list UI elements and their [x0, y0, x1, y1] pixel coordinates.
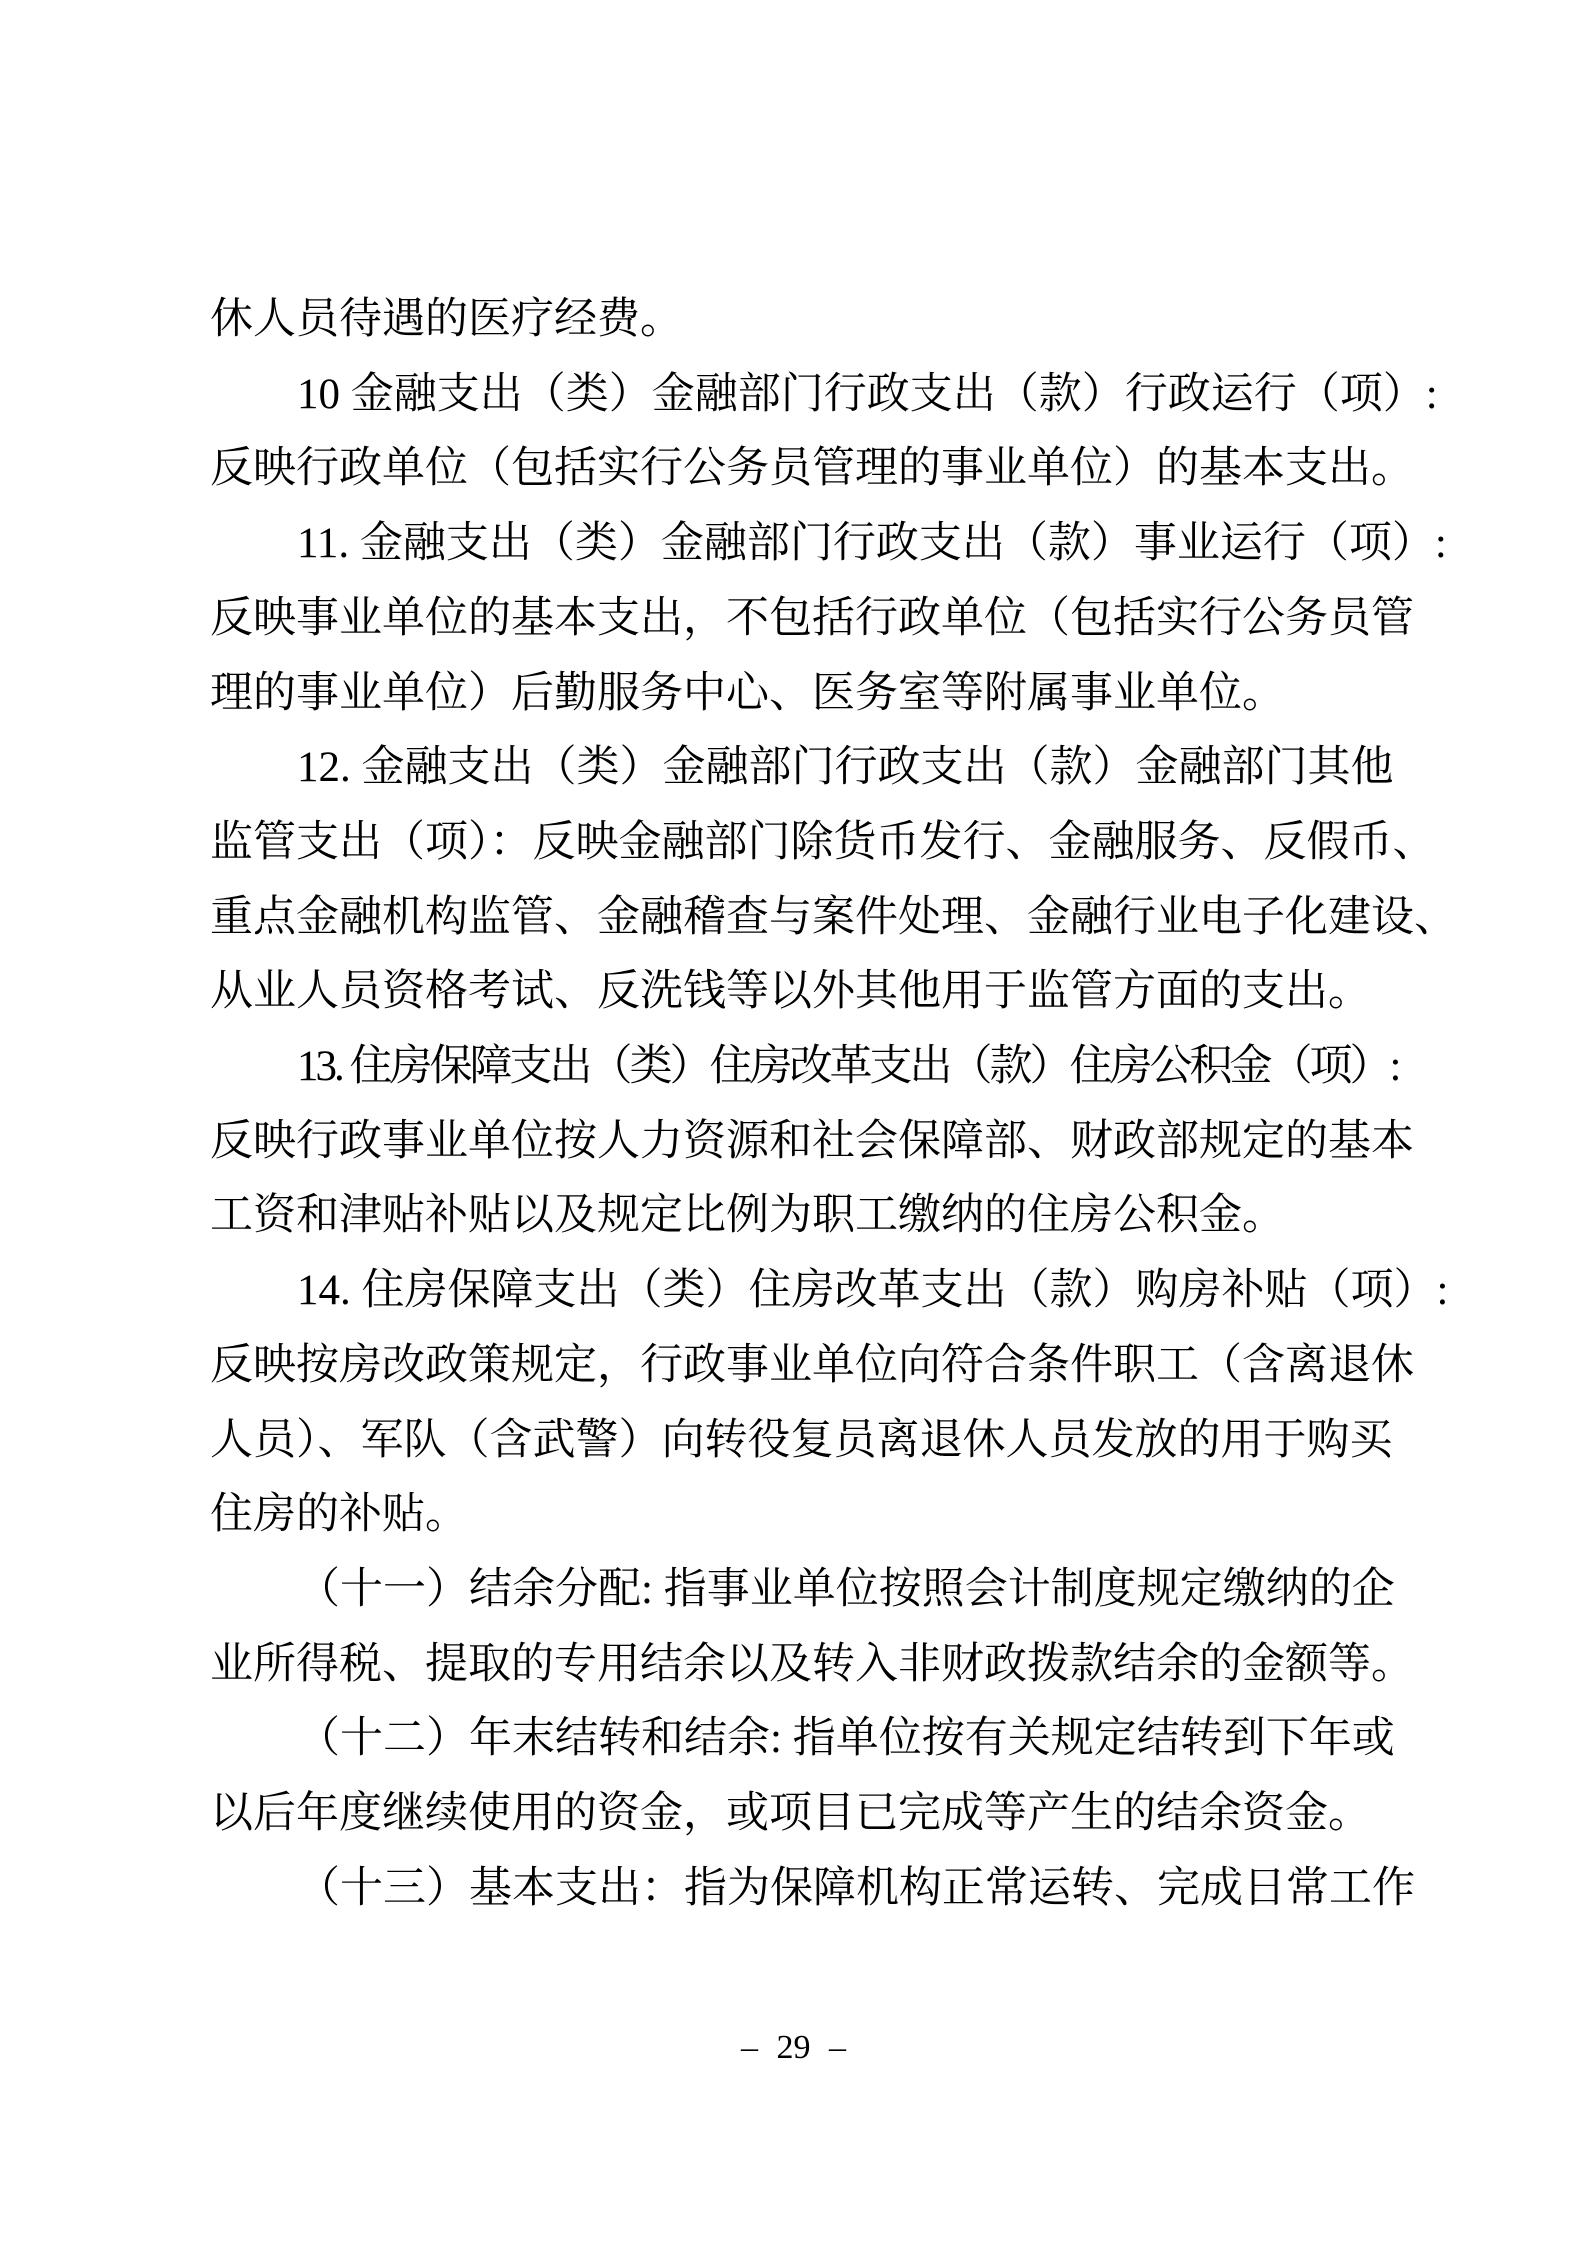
text-line: 以后年度继续使用的资金，或项目已完成等产生的结余资金。 — [210, 1777, 1462, 1852]
text-line: 10 金融支出（类）金融部门行政支出（款）行政运行（项）: — [210, 358, 1462, 433]
text-line: 反映按房改政策规定，行政事业单位向符合条件职工（含离退休 — [210, 1329, 1462, 1404]
text-line: 休人员待遇的医疗经费。 — [210, 283, 1462, 358]
text-line: 业所得税、提取的专用结余以及转入非财政拨款结余的金额等。 — [210, 1628, 1462, 1703]
text-line: 工资和津贴补贴以及规定比例为职工缴纳的住房公积金。 — [210, 1179, 1462, 1254]
document-page: 休人员待遇的医疗经费。10 金融支出（类）金融部门行政支出（款）行政运行（项）:… — [0, 0, 1587, 2245]
text-line: 从业人员资格考试、反洗钱等以外其他用于监管方面的支出。 — [210, 955, 1462, 1030]
text-line: （十三）基本支出：指为保障机构正常运转、完成日常工作 — [210, 1852, 1462, 1927]
text-line: 14. 住房保障支出（类）住房改革支出（款）购房补贴（项）: — [210, 1254, 1462, 1329]
page-number: – 29 – — [0, 2028, 1587, 2068]
text-line: 重点金融机构监管、金融稽查与案件处理、金融行业电子化建设、 — [210, 881, 1462, 956]
text-line: 理的事业单位）后勤服务中心、医务室等附属事业单位。 — [210, 657, 1462, 732]
text-line: 住房的补贴。 — [210, 1478, 1462, 1553]
text-line: （十二）年末结转和结余: 指单位按有关规定结转到下年或 — [210, 1702, 1462, 1777]
text-line: 人员）、军队（含武警）向转役复员离退休人员发放的用于购买 — [210, 1404, 1462, 1479]
text-line: 反映行政事业单位按人力资源和社会保障部、财政部规定的基本 — [210, 1105, 1462, 1180]
text-line: 12. 金融支出（类）金融部门行政支出（款）金融部门其他 — [210, 731, 1462, 806]
text-line: （十一）结余分配: 指事业单位按照会计制度规定缴纳的企 — [210, 1553, 1462, 1628]
text-line: 反映行政单位（包括实行公务员管理的事业单位）的基本支出。 — [210, 432, 1462, 507]
text-line: 反映事业单位的基本支出，不包括行政单位（包括实行公务员管 — [210, 582, 1462, 657]
document-text: 休人员待遇的医疗经费。10 金融支出（类）金融部门行政支出（款）行政运行（项）:… — [210, 283, 1462, 1926]
text-line: 监管支出（项）：反映金融部门除货币发行、金融服务、反假币、 — [210, 806, 1462, 881]
text-line: 13. 住房保障支出（类）住房改革支出（款）住房公积金（项）: — [210, 1030, 1462, 1105]
text-line: 11. 金融支出（类）金融部门行政支出（款）事业运行（项）: — [210, 507, 1462, 582]
